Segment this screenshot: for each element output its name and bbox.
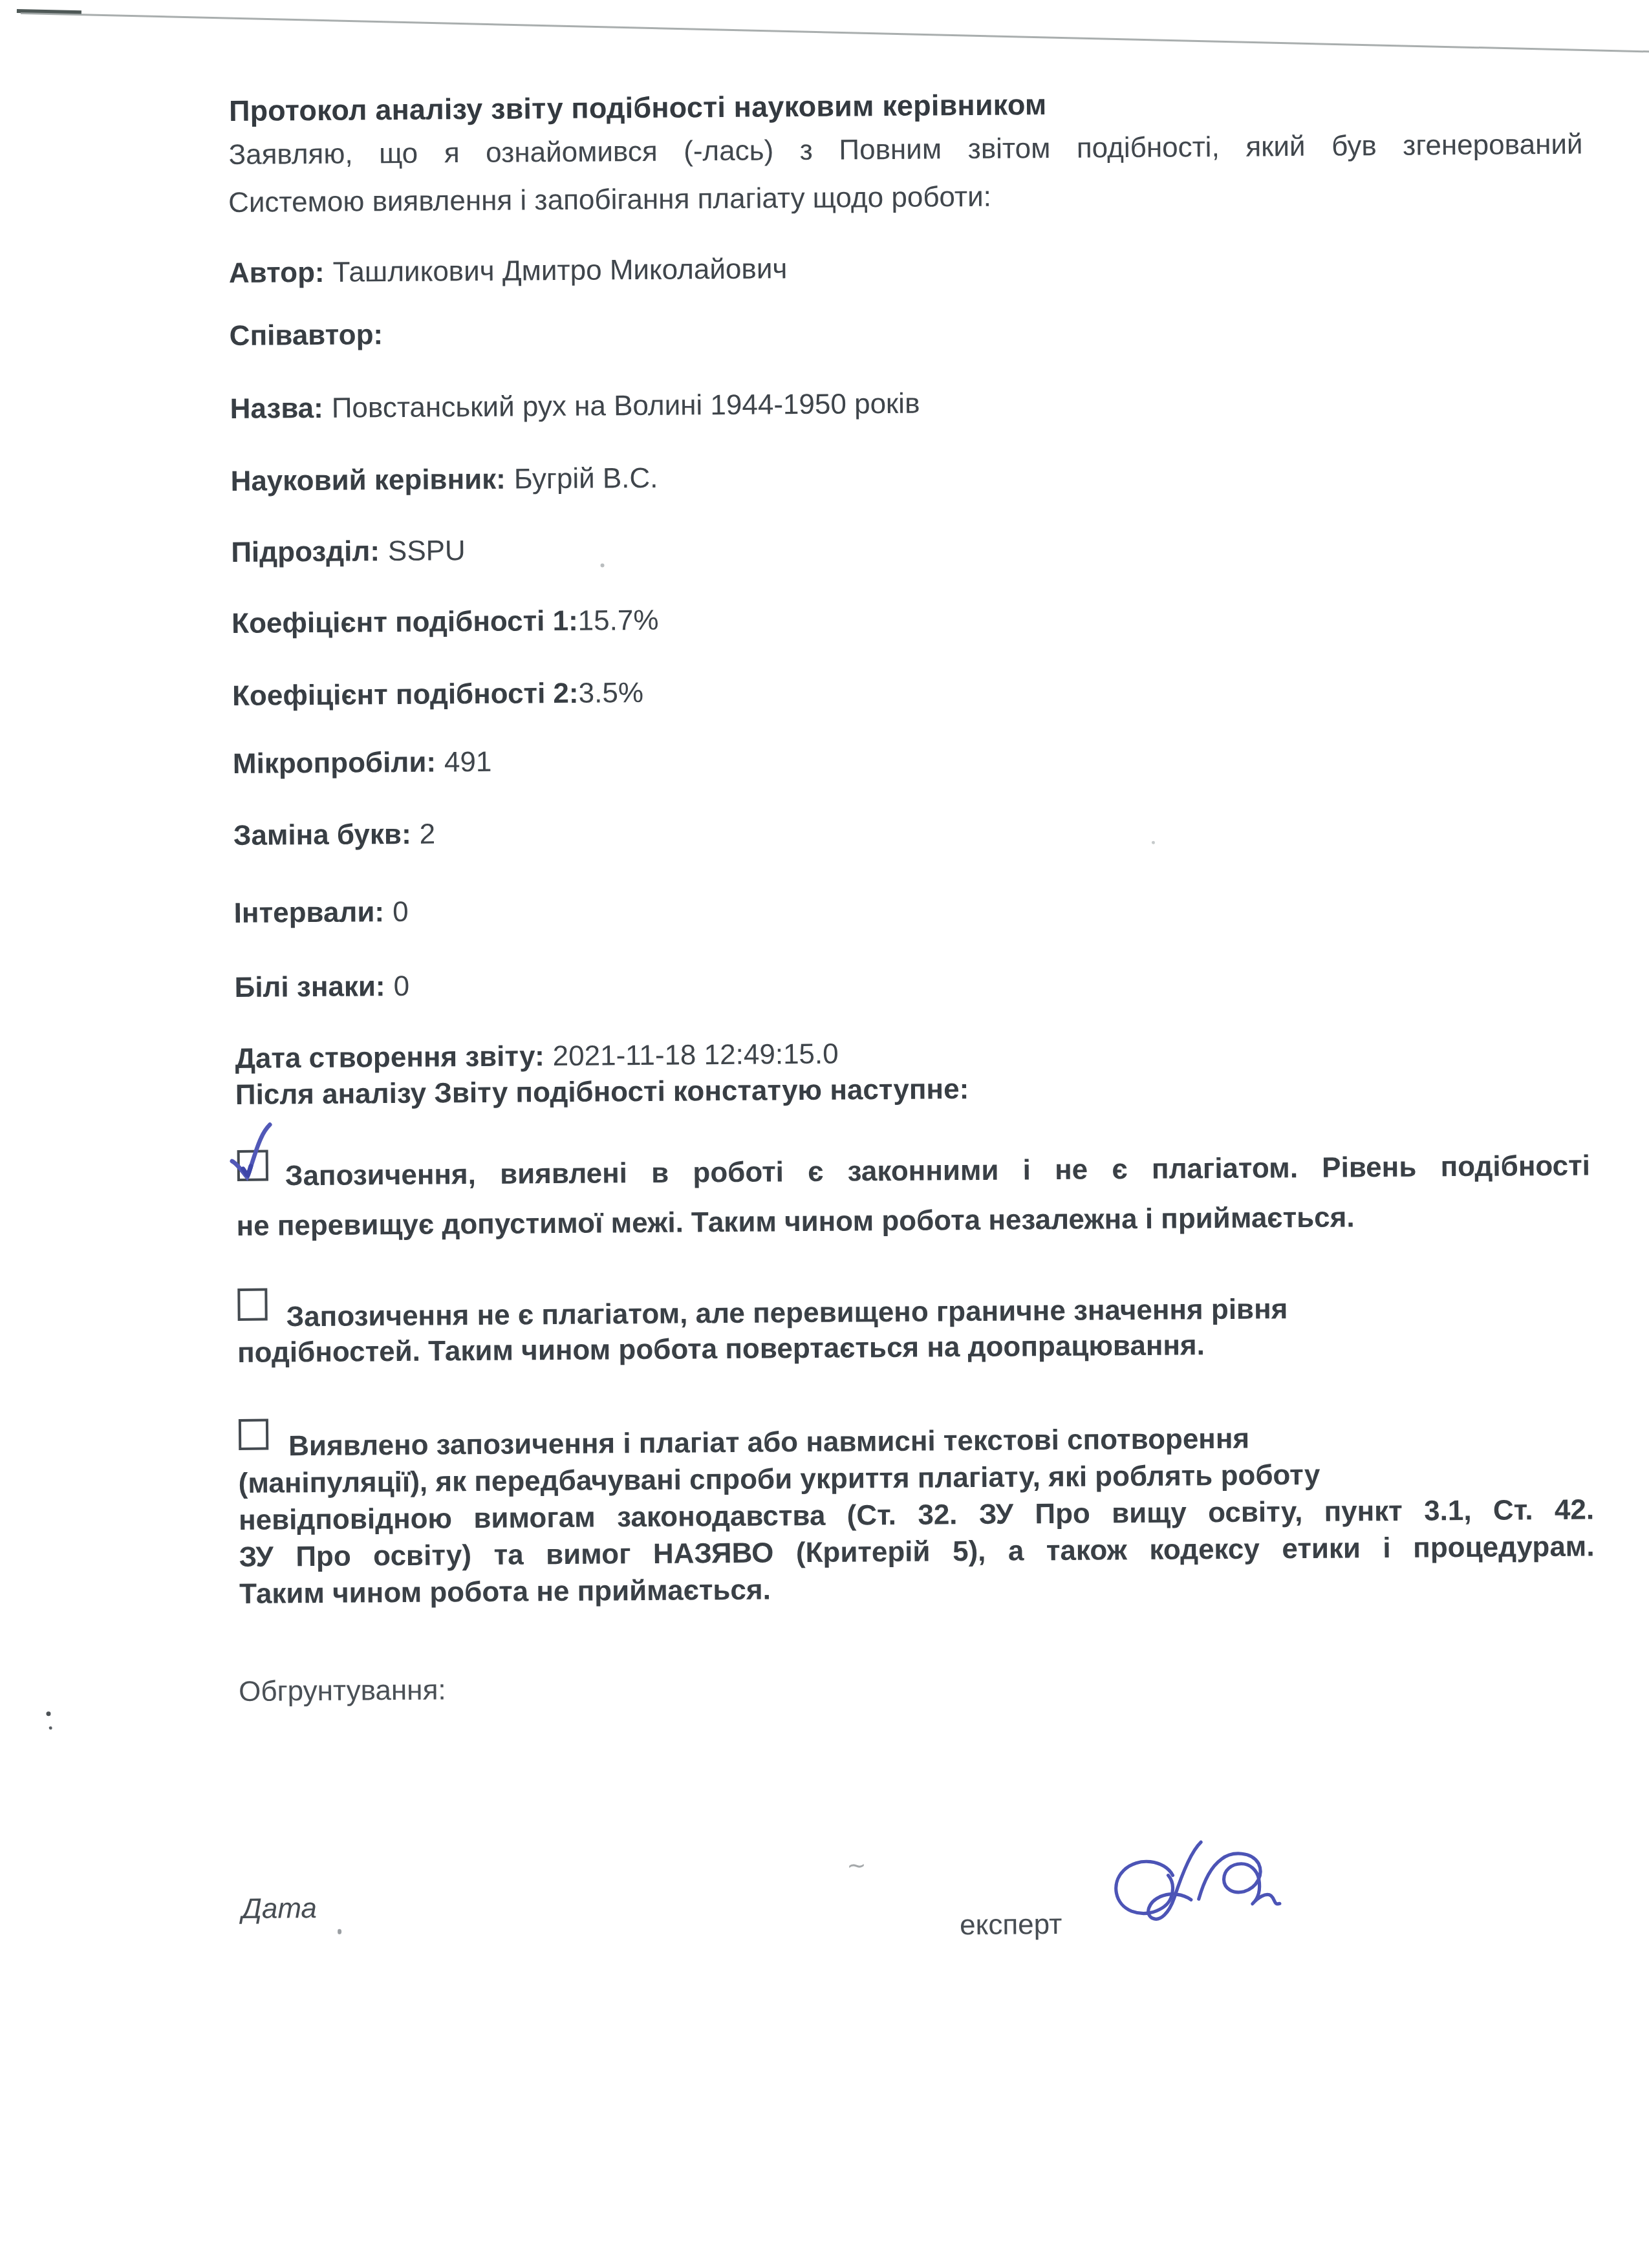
justification-label: Обгрунтування: <box>239 1674 446 1708</box>
option-3-line-3: невідповідною вимогам законодавства (Ст.… <box>239 1493 1594 1536</box>
option-2-line-1: Запозичення не є плагіатом, але перевище… <box>286 1293 1288 1333</box>
expert-label: експерт <box>960 1909 1062 1942</box>
page-title: Протокол аналізу звіту подібності науков… <box>229 88 1047 128</box>
option-2-line-2: подібностей. Таким чином робота повертає… <box>237 1329 1205 1369</box>
scan-speck <box>1152 841 1155 844</box>
document-content: Протокол аналізу звіту подібності науков… <box>0 0 1649 2268</box>
field-white-signs: Білі знаки:0 <box>234 970 409 1004</box>
option-1-line-2: не перевищує допустимої межі. Таким чино… <box>236 1201 1354 1243</box>
date-label: Дата <box>242 1892 317 1925</box>
scan-tilde-mark: ∼ <box>846 1852 867 1879</box>
scanned-document-page: Протокол аналізу звіту подібності науков… <box>0 0 1649 2268</box>
intro-line-1: Заявляю, що я ознайомився (-лась) з Повн… <box>228 129 1582 171</box>
field-coauthor: Співавтор: <box>230 319 392 352</box>
option-3-line-4: ЗУ Про освіту) та вимог НАЗЯВО (Критерій… <box>239 1530 1594 1573</box>
option-3-line-1: Виявлено запозичення і плагіат або навми… <box>288 1423 1249 1463</box>
statement-intro: Після аналізу Звіту подібності констатую… <box>235 1073 969 1111</box>
field-title-of-work: Назва:Повстанський рух на Волині 1944-19… <box>230 388 920 425</box>
field-supervisor: Науковий керівник:Бугрій В.С. <box>230 462 658 498</box>
option-3-line-2: (маніпуляції), як передбачувані спроби у… <box>238 1459 1320 1500</box>
field-department: Підрозділ:SSPU <box>231 535 466 569</box>
option-1-line-1: Запозичення, виявлені в роботі є законни… <box>285 1150 1590 1193</box>
expert-signature <box>1105 1835 1295 1931</box>
scan-speck <box>46 1711 50 1716</box>
scan-speck <box>601 563 605 567</box>
scan-speck <box>49 1726 52 1729</box>
intro-line-2: Системою виявлення і запобігання плагіат… <box>228 181 991 219</box>
checkbox-option-2 <box>237 1289 267 1321</box>
option-3-line-5: Таким чином робота не приймається. <box>239 1574 771 1610</box>
field-author: Автор:Ташликович Дмитро Миколайович <box>229 253 788 290</box>
field-similarity-coefficient-2: Коефіцієнт подібності 2:3.5% <box>232 677 643 712</box>
checkbox-option-3 <box>239 1419 268 1450</box>
field-report-date: Дата створення звіту:2021-11-18 12:49:15… <box>235 1038 839 1075</box>
field-letter-substitution: Заміна букв:2 <box>233 818 436 852</box>
field-intervals: Інтервали:0 <box>234 896 409 930</box>
field-microspaces: Мікропробіли:491 <box>233 746 492 780</box>
field-similarity-coefficient-1: Коефіцієнт подібності 1:15.7% <box>232 604 659 640</box>
scan-speck <box>338 1929 341 1934</box>
checkmark-icon <box>221 1123 281 1188</box>
